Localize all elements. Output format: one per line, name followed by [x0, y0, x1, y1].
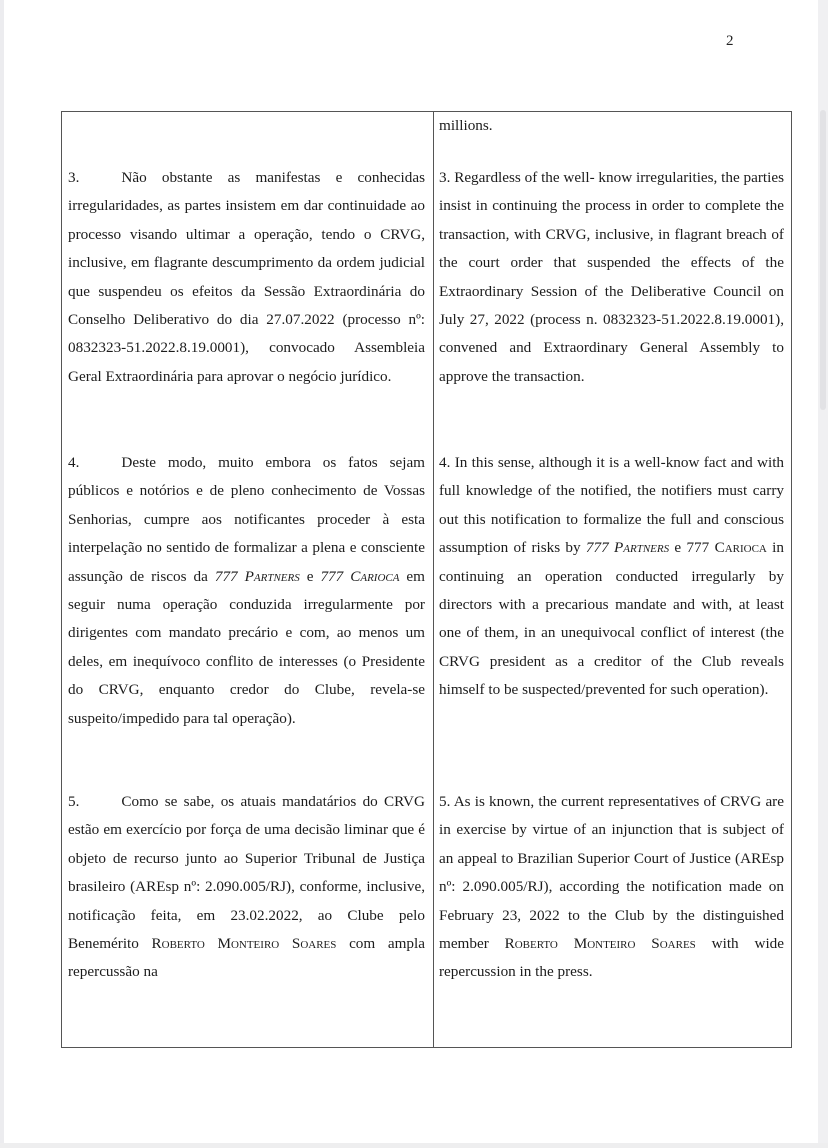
- paragraph-number: 5.: [439, 793, 450, 810]
- paragraph: 3. Regardless of the well- know irregula…: [439, 164, 784, 391]
- bilingual-table: millions. 3.Não obstante as manifestas e…: [61, 111, 792, 1048]
- paragraph: 4.Deste modo, muito embora os fatos seja…: [68, 449, 425, 733]
- entity-777-carioca: 777 Carioca: [320, 568, 399, 585]
- entity-777-carioca: Carioca: [715, 539, 767, 556]
- paragraph: 4. In this sense, although it is a well-…: [439, 449, 784, 705]
- cell-pt-paragraph-3: 3.Não obstante as manifestas e conhecida…: [68, 164, 425, 391]
- person-name: Roberto Monteiro Soares: [505, 935, 696, 952]
- paragraph-text: Não obstante as manifestas e conhecidas …: [68, 169, 425, 385]
- scrollbar-thumb[interactable]: [820, 110, 826, 410]
- cell-pt-paragraph-5: 5.Como se sabe, os atuais mandatários do…: [68, 788, 425, 987]
- page-number: 2: [726, 33, 734, 50]
- paragraph: 5.Como se sabe, os atuais mandatários do…: [68, 788, 425, 987]
- paragraph: 5. As is known, the current representati…: [439, 788, 784, 987]
- paragraph-text: in continuing an operation conducted irr…: [439, 539, 784, 698]
- paragraph-text: Deste modo, muito embora os fatos sejam …: [68, 454, 425, 585]
- paragraph-text: em seguir numa operação conduzida irregu…: [68, 568, 425, 727]
- cell-en-paragraph-4: 4. In this sense, although it is a well-…: [439, 449, 784, 705]
- entity-777-partners: 777 Partners: [215, 568, 300, 585]
- paragraph-number: 4.: [439, 454, 450, 471]
- paragraph-number: 5.: [68, 793, 79, 810]
- paragraph: 3.Não obstante as manifestas e conhecida…: [68, 164, 425, 391]
- paragraph-number: 3.: [439, 169, 450, 186]
- cell-en-paragraph-3: 3. Regardless of the well- know irregula…: [439, 164, 784, 391]
- paragraph-text: Como se sabe, os atuais mandatários do C…: [68, 793, 425, 952]
- paragraph-text: e: [300, 568, 321, 585]
- paragraph-number: 4.: [68, 454, 79, 471]
- paragraph-text: As is known, the current representatives…: [439, 793, 784, 952]
- cell-pt-paragraph-4: 4.Deste modo, muito embora os fatos seja…: [68, 449, 425, 733]
- column-divider: [433, 112, 434, 1047]
- paragraph-number: 3.: [68, 169, 79, 186]
- cell-en-continuation: millions.: [439, 112, 784, 140]
- person-name: Roberto Monteiro Soares: [152, 935, 337, 952]
- viewer-bottom-edge: [0, 1143, 828, 1148]
- entity-777-partners: 777 Partners: [586, 539, 669, 556]
- paragraph-text: e 777: [669, 539, 714, 556]
- viewer-left-edge: [0, 0, 4, 1148]
- paragraph-text: millions.: [439, 112, 784, 140]
- paragraph-text: Regardless of the well- know irregularit…: [439, 169, 784, 385]
- cell-en-paragraph-5: 5. As is known, the current representati…: [439, 788, 784, 987]
